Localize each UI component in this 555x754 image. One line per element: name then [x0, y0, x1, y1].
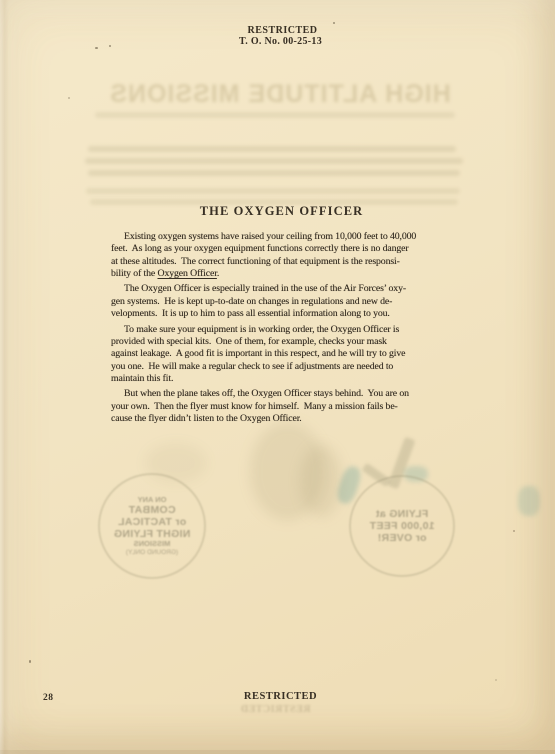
stamp-line: or OVER! — [377, 532, 426, 544]
paragraph-line: The Oxygen Officer is especially trained… — [111, 283, 448, 295]
page-title: THE OXYGEN OFFICER — [0, 204, 555, 219]
footer-classification: RESTRICTED — [0, 691, 555, 702]
bleed-text-stripe — [85, 158, 463, 164]
paragraph-line: at these altitudes. The correct function… — [111, 256, 448, 268]
paper-speck — [29, 660, 31, 663]
bleed-text-stripe — [86, 188, 460, 194]
bleed-illustration-teal — [518, 486, 540, 516]
bleedthrough-footer-classification: RESTRICTED — [0, 704, 555, 715]
bleed-text-stripe — [88, 170, 460, 176]
paper-speck — [495, 679, 497, 681]
scanned-page: HIGH ALTITUDE MISSIONS ON ANYCOMBATor TA… — [0, 0, 555, 754]
bleedthrough-reverse-title: HIGH ALTITUDE MISSIONS — [65, 80, 495, 109]
header-classification: RESTRICTED — [0, 25, 555, 36]
paragraph-line: you one. He will make a regular check to… — [111, 361, 448, 373]
paragraph-line: To make sure your equipment is in workin… — [111, 324, 448, 336]
bleedthrough-left-stamp: ON ANYCOMBATor TACTICALNIGHT FLYINGMISSI… — [98, 473, 206, 579]
stamp-line: FLYING at — [376, 508, 429, 520]
paragraph-line: cause the flyer didn’t listen to the Oxy… — [111, 413, 448, 425]
paragraph-line: bility of the Oxygen Officer. — [111, 268, 448, 280]
paper-speck — [95, 47, 98, 49]
stamp-line: MISSIONS — [134, 540, 171, 549]
paper-speck — [513, 530, 515, 532]
paper-speck — [68, 97, 70, 99]
binding-edge-shadow — [0, 0, 9, 754]
paragraph: The Oxygen Officer is especially trained… — [111, 283, 448, 320]
stamp-line: 10,000 FEET — [369, 520, 434, 532]
body-text: Existing oxygen systems have raised your… — [111, 231, 448, 429]
paragraph-line: feet. As long as your oxygen equipment f… — [111, 243, 448, 255]
stamp-line: or TACTICAL — [118, 516, 186, 528]
bleedthrough-right-stamp: FLYING at10,000 FEETor OVER! — [349, 475, 455, 577]
stamp-line: ON ANY — [138, 496, 167, 505]
stamp-line: (GROUND ONLY) — [126, 549, 178, 556]
paragraph-line: Existing oxygen systems have raised your… — [111, 231, 448, 243]
page-bottom-edge — [0, 750, 555, 754]
paragraph-line: gen systems. He is kept up-to-date on ch… — [111, 296, 448, 308]
paragraph-line: But when the plane takes off, the Oxygen… — [111, 388, 448, 400]
paper-speck — [333, 22, 335, 24]
stamp-line: COMBAT — [128, 504, 175, 516]
paragraph-line: your own. Then the flyer must know for h… — [111, 401, 448, 413]
paragraph-line: maintain this fit. — [111, 373, 448, 385]
bleed-text-stripe — [88, 146, 456, 152]
paper-speck — [109, 45, 111, 47]
bleed-illustration-blob — [300, 445, 342, 517]
paragraph-line: velopments. It is up to him to pass all … — [111, 308, 448, 320]
paragraph-line: against leakage. A good fit is important… — [111, 348, 448, 360]
paragraph: Existing oxygen systems have raised your… — [111, 231, 448, 280]
header-to-number: T. O. No. 00-25-13 — [0, 36, 555, 47]
underlined-text: Oxygen Officer — [157, 268, 216, 279]
paragraph: To make sure your equipment is in workin… — [111, 324, 448, 385]
bleed-text-stripe — [95, 112, 455, 118]
paragraph-line: provided with special kits. One of them,… — [111, 336, 448, 348]
paragraph: But when the plane takes off, the Oxygen… — [111, 388, 448, 425]
